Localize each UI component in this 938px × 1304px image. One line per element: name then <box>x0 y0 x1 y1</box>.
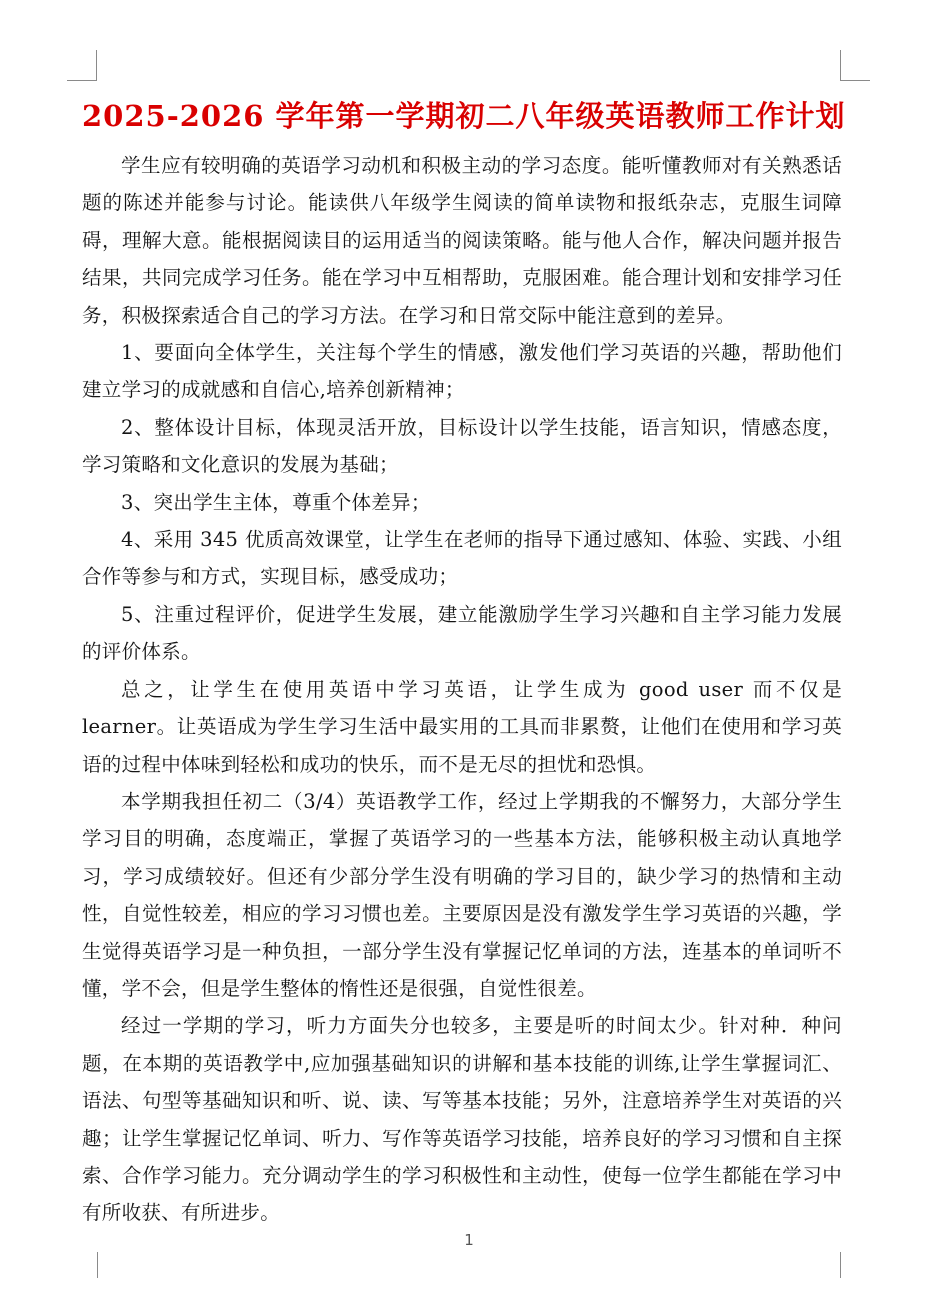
paragraph-item-3: 3、突出学生主体，尊重个体差异； <box>82 484 842 521</box>
document-page: 2025-2026 学年第一学期初二八年级英语教师工作计划 学生应有较明确的英语… <box>0 0 938 1304</box>
crop-mark-top-left-horizontal <box>67 80 97 81</box>
document-title: 2025-2026 学年第一学期初二八年级英语教师工作计划 <box>82 94 842 135</box>
crop-mark-top-right-vertical <box>840 50 841 81</box>
document-body: 学生应有较明确的英语学习动机和积极主动的学习态度。能听懂教师对有关熟悉话题的陈述… <box>82 147 842 1232</box>
paragraph-item-2: 2、整体设计目标，体现灵活开放，目标设计以学生技能，语言知识，情感态度，学习策略… <box>82 409 842 484</box>
paragraph-class-analysis: 本学期我担任初二（3/4）英语教学工作，经过上学期我的不懈努力，大部分学生学习目… <box>82 783 842 1007</box>
paragraph-summary: 总之，让学生在使用英语中学习英语，让学生成为 good user 而不仅是 le… <box>82 671 842 783</box>
crop-mark-bottom-left-vertical <box>97 1252 98 1278</box>
crop-mark-top-left-vertical <box>96 50 97 81</box>
crop-mark-top-right-horizontal <box>840 80 870 81</box>
paragraph-overview: 学生应有较明确的英语学习动机和积极主动的学习态度。能听懂教师对有关熟悉话题的陈述… <box>82 147 842 334</box>
paragraph-item-5: 5、注重过程评价，促进学生发展，建立能激励学生学习兴趣和自主学习能力发展的评价体… <box>82 596 842 671</box>
paragraph-teaching-plan: 经过一学期的学习，听力方面失分也较多，主要是听的时间太少。针对种．种问题，在本期… <box>82 1007 842 1231</box>
paragraph-item-4: 4、采用 345 优质高效课堂，让学生在老师的指导下通过感知、体验、实践、小组合… <box>82 521 842 596</box>
page-number: 1 <box>0 1231 938 1249</box>
paragraph-item-1: 1、要面向全体学生，关注每个学生的情感，激发他们学习英语的兴趣，帮助他们建立学习… <box>82 334 842 409</box>
crop-mark-bottom-right-vertical <box>840 1252 841 1278</box>
